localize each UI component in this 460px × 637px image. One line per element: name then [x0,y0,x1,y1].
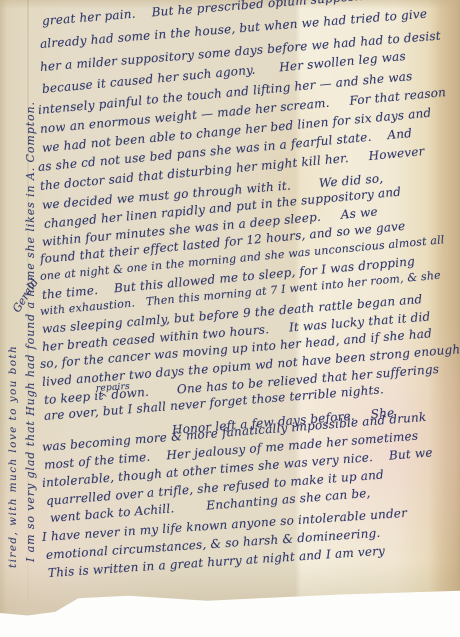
letter-photo: great her pain. But he prescribed opium … [0,0,460,637]
letter-paper: great her pain. But he prescribed opium … [0,0,460,618]
margin-postscript: I am so very glad that Hugh had found a … [24,101,37,562]
margin-closing: tired, with much love to you both [7,345,19,568]
caret-mark: ^ [100,394,108,404]
